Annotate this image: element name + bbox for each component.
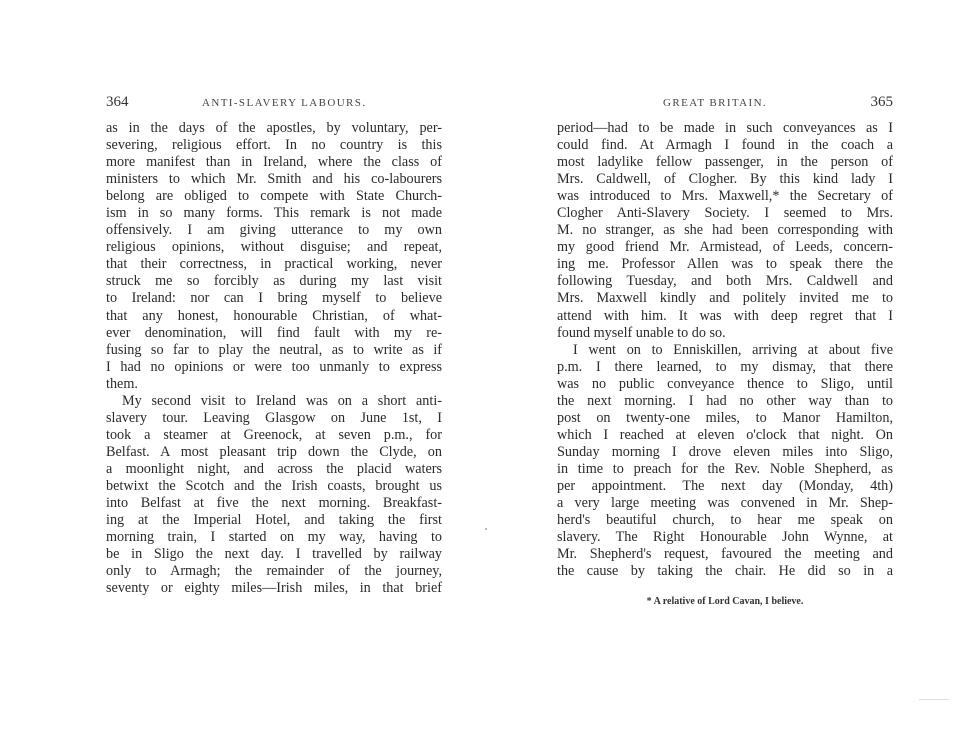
text-line: severing, religious effort. In no countr… bbox=[106, 137, 442, 154]
footnote: * A relative of Lord Cavan, I believe. bbox=[557, 596, 893, 607]
paragraph-start-line: My second visit to Ireland was on a shor… bbox=[106, 393, 442, 410]
scan-speck bbox=[485, 528, 487, 530]
text-line: betwixt the Scotch and the Irish coasts,… bbox=[106, 478, 442, 495]
text-line: seventy or eighty miles—Irish miles, in … bbox=[106, 580, 442, 597]
text-line: Belfast. A most pleasant trip down the C… bbox=[106, 444, 442, 461]
text-line: struck me so forcibly as during my last … bbox=[106, 273, 442, 290]
scan-speck bbox=[919, 699, 949, 700]
text-line: took a steamer at Greenock, at seven p.m… bbox=[106, 427, 442, 444]
text-line: more manifest than in Ireland, where the… bbox=[106, 154, 442, 171]
text-line: following Tuesday, and both Mrs. Caldwel… bbox=[557, 273, 893, 290]
text-line: could find. At Armagh I found in the coa… bbox=[557, 137, 893, 154]
text-line: was introduced to Mrs. Maxwell,* the Sec… bbox=[557, 188, 893, 205]
page-number: 364 bbox=[106, 94, 129, 111]
text-line: fusing so far to play the neutral, as to… bbox=[106, 342, 442, 359]
text-line: M. no stranger, as she had been correspo… bbox=[557, 222, 893, 239]
text-line: a moonlight night, and across the placid… bbox=[106, 461, 442, 478]
text-line: a very large meeting was convened in Mr.… bbox=[557, 495, 893, 512]
text-line: ministers to which Mr. Smith and his co-… bbox=[106, 171, 442, 188]
text-line: I had no opinions or were too unmanly to… bbox=[106, 359, 442, 376]
text-line: ever denomination, will find fault with … bbox=[106, 325, 442, 342]
text-line: belong are obliged to compete with State… bbox=[106, 188, 442, 205]
text-line: to Ireland: nor can I bring myself to be… bbox=[106, 290, 442, 307]
text-line: ism in so many forms. This remark is not… bbox=[106, 205, 442, 222]
text-line: morning train, I started on my way, havi… bbox=[106, 529, 442, 546]
right-page-header: GREAT BRITAIN. 365 bbox=[557, 94, 893, 112]
text-line: herd's beautiful church, to hear me spea… bbox=[557, 512, 893, 529]
text-line: Mr. Shepherd's request, favoured the mee… bbox=[557, 546, 893, 563]
text-line: slavery tour. Leaving Glasgow on June 1s… bbox=[106, 410, 442, 427]
text-line: them. bbox=[106, 376, 442, 393]
text-line: found myself unable to do so. bbox=[557, 325, 893, 342]
text-line: Mrs. Caldwell, of Clogher. By this kind … bbox=[557, 171, 893, 188]
text-line: p.m. I there learned, to my dismay, that… bbox=[557, 359, 893, 376]
text-line: in time to preach for the Rev. Noble She… bbox=[557, 461, 893, 478]
text-line: into Belfast at five the next morning. B… bbox=[106, 495, 442, 512]
text-line: be in Sligo the next day. I travelled by… bbox=[106, 546, 442, 563]
text-line: my good friend Mr. Armistead, of Leeds, … bbox=[557, 239, 893, 256]
text-line: as in the days of the apostles, by volun… bbox=[106, 120, 442, 137]
running-head: ANTI-SLAVERY LABOURS. bbox=[202, 97, 366, 109]
text-line: which I reached at eleven o'clock that n… bbox=[557, 427, 893, 444]
text-line: offensively. I am giving utterance to my… bbox=[106, 222, 442, 239]
text-line: was no public conveyance thence to Sligo… bbox=[557, 376, 893, 393]
text-line: Clogher Anti-Slavery Society. I seemed t… bbox=[557, 205, 893, 222]
text-line: attend with him. It was with deep regret… bbox=[557, 308, 893, 325]
text-line: most ladylike fellow passenger, in the p… bbox=[557, 154, 893, 171]
text-line: per appointment. The next day (Monday, 4… bbox=[557, 478, 893, 495]
text-line: religious opinions, without disguise; an… bbox=[106, 239, 442, 256]
right-page-body: period—had to be made in such conveyance… bbox=[557, 120, 893, 580]
text-line: Mrs. Maxwell kindly and politely invited… bbox=[557, 290, 893, 307]
paragraph-start-line: I went on to Enniskillen, arriving at ab… bbox=[557, 342, 893, 359]
text-line: Sunday morning I drove eleven miles into… bbox=[557, 444, 893, 461]
text-line: that their correctness, in practical wor… bbox=[106, 256, 442, 273]
text-line: ing at the Imperial Hotel, and taking th… bbox=[106, 512, 442, 529]
left-page-header: 364 ANTI-SLAVERY LABOURS. bbox=[106, 94, 442, 112]
text-line: only to Armagh; the remainder of the jou… bbox=[106, 563, 442, 580]
text-line: the cause by taking the chair. He did so… bbox=[557, 563, 893, 580]
text-line: ing me. Professor Allen was to speak the… bbox=[557, 256, 893, 273]
text-line: slavery. The Right Honourable John Wynne… bbox=[557, 529, 893, 546]
text-line: post on twenty-one miles, to Manor Hamil… bbox=[557, 410, 893, 427]
left-page-body: as in the days of the apostles, by volun… bbox=[106, 120, 442, 597]
running-head: GREAT BRITAIN. bbox=[663, 97, 767, 109]
text-line: that any honest, honourable Christian, o… bbox=[106, 308, 442, 325]
page-number: 365 bbox=[871, 94, 894, 111]
text-line: the next morning. I had no other way tha… bbox=[557, 393, 893, 410]
text-line: period—had to be made in such conveyance… bbox=[557, 120, 893, 137]
